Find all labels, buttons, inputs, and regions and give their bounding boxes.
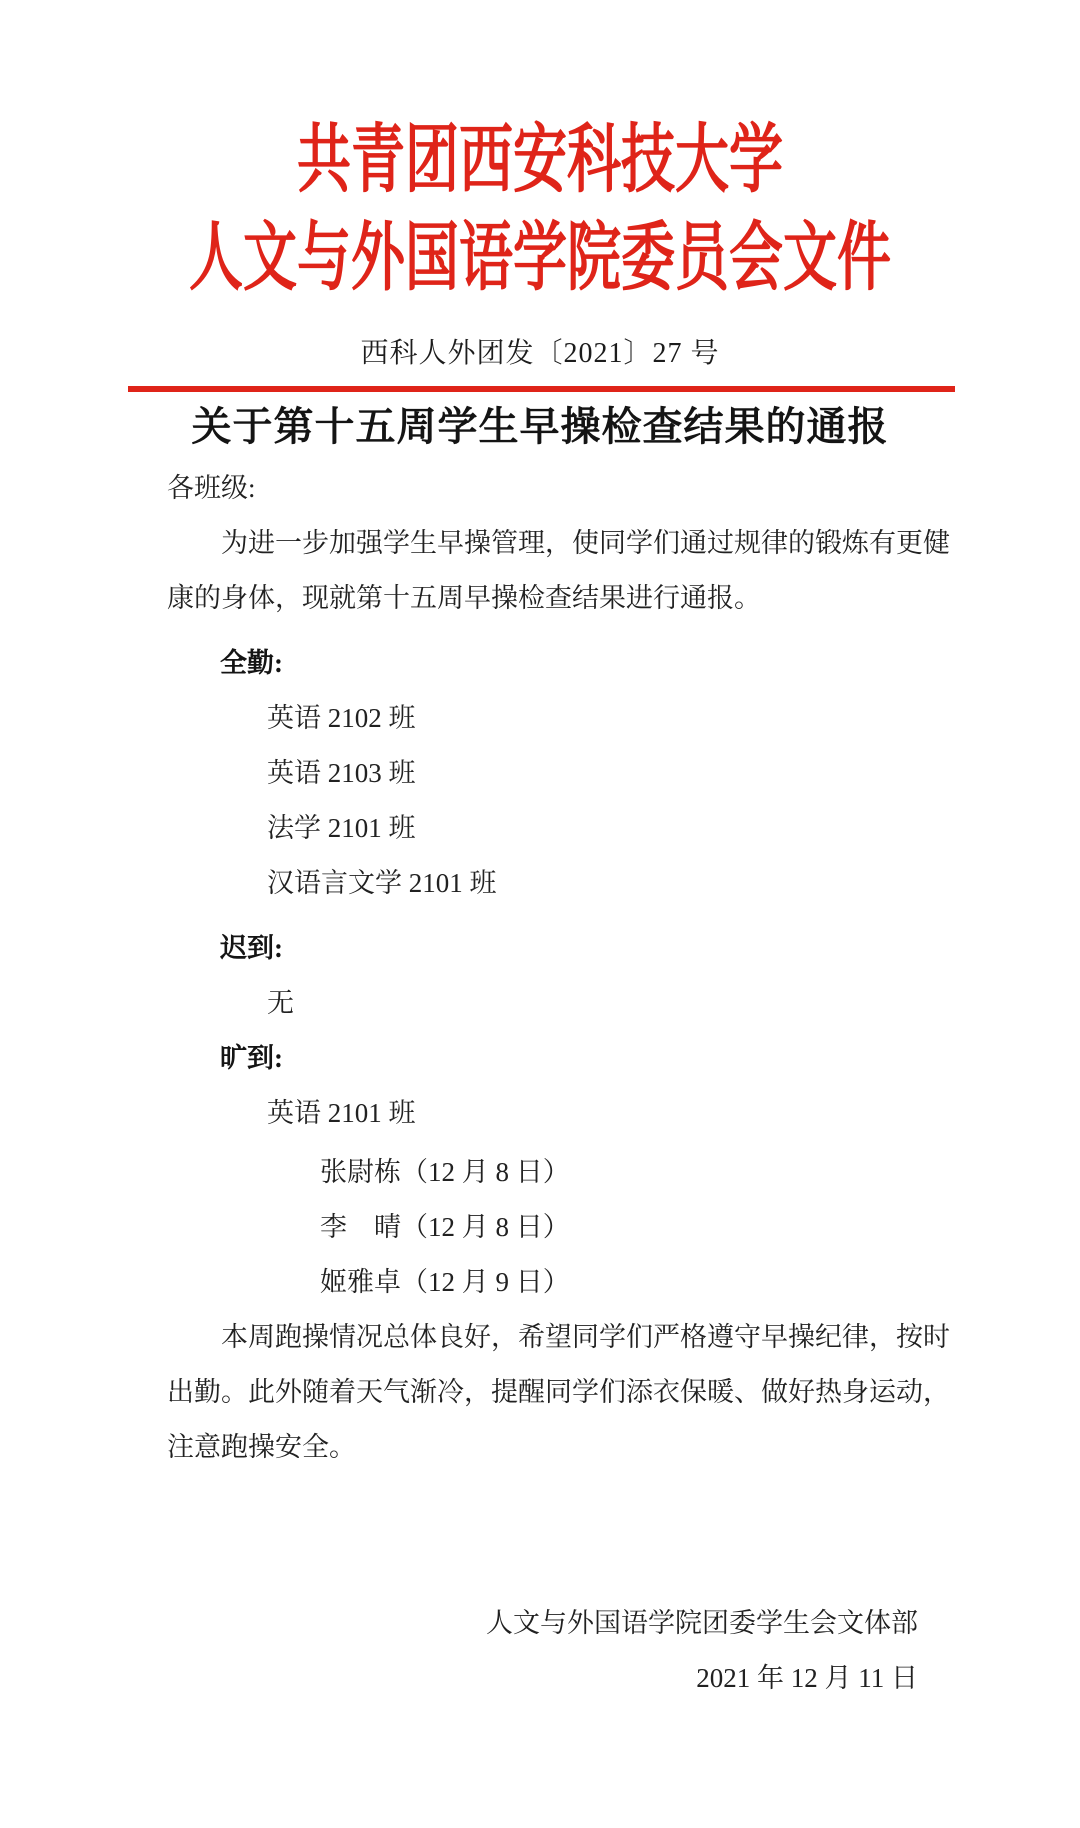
absent-student-item: 张尉栋（12 月 8 日） [167, 1145, 950, 1200]
letterhead: 共青团西安科技大学 人文与外国语学院委员会文件 西科人外团发〔2021〕27 号 [0, 0, 1080, 392]
full-attendance-item: 汉语言文学 2101 班 [167, 856, 950, 911]
intro-paragraph: 为进一步加强学生早操管理，使同学们通过规律的锻炼有更健康的身体，现就第十五周早操… [167, 516, 950, 626]
absent-label: 旷到: [167, 1031, 950, 1086]
absent-class-item: 英语 2101 班 [167, 1086, 950, 1141]
doc-body: 各班级: 为进一步加强学生早操管理，使同学们通过规律的锻炼有更健康的身体，现就第… [167, 461, 950, 1706]
full-attendance-item: 英语 2103 班 [167, 746, 950, 801]
full-attendance-item: 英语 2102 班 [167, 691, 950, 746]
late-label: 迟到: [167, 921, 950, 976]
red-separator-line [128, 386, 955, 392]
org-title-line-2: 人文与外国语学院委员会文件 [151, 210, 929, 308]
doc-number: 西科人外团发〔2021〕27 号 [0, 334, 1080, 374]
closing-paragraph: 本周跑操情况总体良好，希望同学们严格遵守早操纪律，按时出勤。此外随着天气渐冷，提… [167, 1310, 950, 1475]
full-attendance-label: 全勤: [167, 636, 950, 691]
late-item: 无 [167, 976, 950, 1031]
signature: 人文与外国语学院团委学生会文体部 [167, 1596, 950, 1651]
date: 2021 年 12 月 11 日 [167, 1651, 950, 1706]
org-title-line-1: 共青团西安科技大学 [151, 112, 929, 210]
absent-student-item: 李 晴（12 月 8 日） [167, 1200, 950, 1255]
doc-title: 关于第十五周学生早操检查结果的通报 [0, 399, 1080, 455]
salutation: 各班级: [167, 461, 950, 516]
full-attendance-item: 法学 2101 班 [167, 801, 950, 856]
absent-students-list: 张尉栋（12 月 8 日） 李 晴（12 月 8 日） 姬雅卓（12 月 9 日… [167, 1145, 950, 1310]
official-notice-document: 共青团西安科技大学 人文与外国语学院委员会文件 西科人外团发〔2021〕27 号… [0, 0, 1080, 1828]
absent-student-item: 姬雅卓（12 月 9 日） [167, 1255, 950, 1310]
